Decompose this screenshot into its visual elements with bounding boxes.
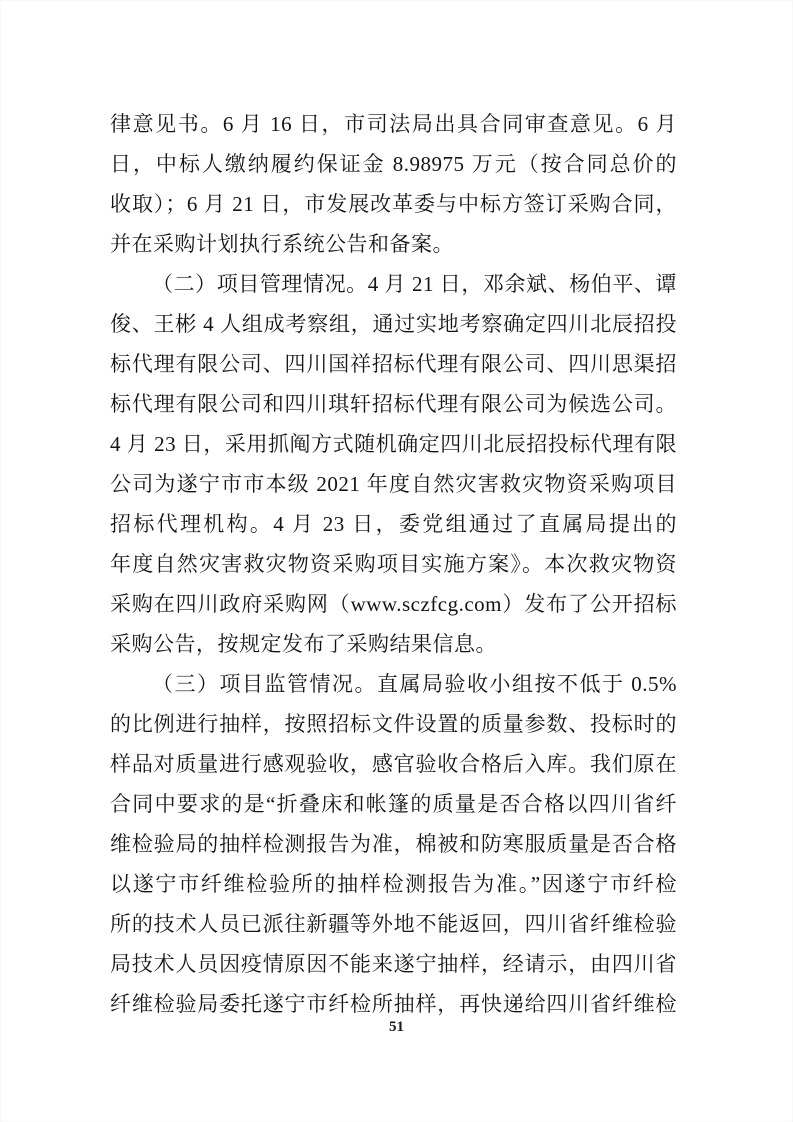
text-line: 标代理有限公司和四川琪轩招标代理有限公司为候选公司。 — [110, 384, 677, 424]
text-line: 采购公告，按规定发布了采购结果信息。 — [110, 624, 677, 664]
text-line: 并在采购计划执行系统公告和备案。 — [110, 224, 677, 264]
document-body: 律意见书。6 月 16 日，市司法局出具合同审查意见。6 月 18 日，中标人缴… — [110, 104, 677, 1024]
page-number: 51 — [0, 1015, 793, 1039]
text-line: 以遂宁市纤维检验所的抽样检测报告为准。”因遂宁市纤检 — [110, 864, 677, 904]
text-line: 采购在四川政府采购网（www.sczfcg.com）发布了公开招标 — [110, 584, 677, 624]
text-line: 的比例进行抽样，按照招标文件设置的质量参数、投标时的 — [110, 704, 677, 744]
text-line: 招标代理机构。4 月 23 日，委党组通过了直属局提出的《2021 — [110, 504, 677, 544]
text-line: 局技术人员因疫情原因不能来遂宁抽样，经请示，由四川省 — [110, 944, 677, 984]
text-line: 维检验局的抽样检测报告为准，棉被和防寒服质量是否合格 — [110, 824, 677, 864]
text-line: 收取）；6 月 21 日，市发展改革委与中标方签订采购合同， — [110, 184, 677, 224]
document-page: 律意见书。6 月 16 日，市司法局出具合同审查意见。6 月 18 日，中标人缴… — [0, 0, 793, 1122]
text-line: 律意见书。6 月 16 日，市司法局出具合同审查意见。6 月 18 — [110, 104, 677, 144]
text-line: （三）项目监管情况。直属局验收小组按不低于 0.5% — [110, 664, 677, 704]
text-line: 合同中要求的是“折叠床和帐篷的质量是否合格以四川省纤 — [110, 784, 677, 824]
text-line: 年度自然灾害救灾物资采购项目实施方案》。本次救灾物资 — [110, 544, 677, 584]
text-line: 公司为遂宁市市本级 2021 年度自然灾害救灾物资采购项目 — [110, 464, 677, 504]
text-line: 所的技术人员已派往新疆等外地不能返回，四川省纤维检验 — [110, 904, 677, 944]
text-line: 4 月 23 日，采用抓阄方式随机确定四川北辰招投标代理有限 — [110, 424, 677, 464]
text-line: 标代理有限公司、四川国祥招标代理有限公司、四川思渠招 — [110, 344, 677, 384]
text-line: 俊、王彬 4 人组成考察组，通过实地考察确定四川北辰招投 — [110, 304, 677, 344]
text-line: 日，中标人缴纳履约保证金 8.98975 万元（按合同总价的 5% — [110, 144, 677, 184]
text-line: （二）项目管理情况。4 月 21 日，邓余斌、杨伯平、谭 — [110, 264, 677, 304]
text-line: 样品对质量进行感观验收，感官验收合格后入库。我们原在 — [110, 744, 677, 784]
